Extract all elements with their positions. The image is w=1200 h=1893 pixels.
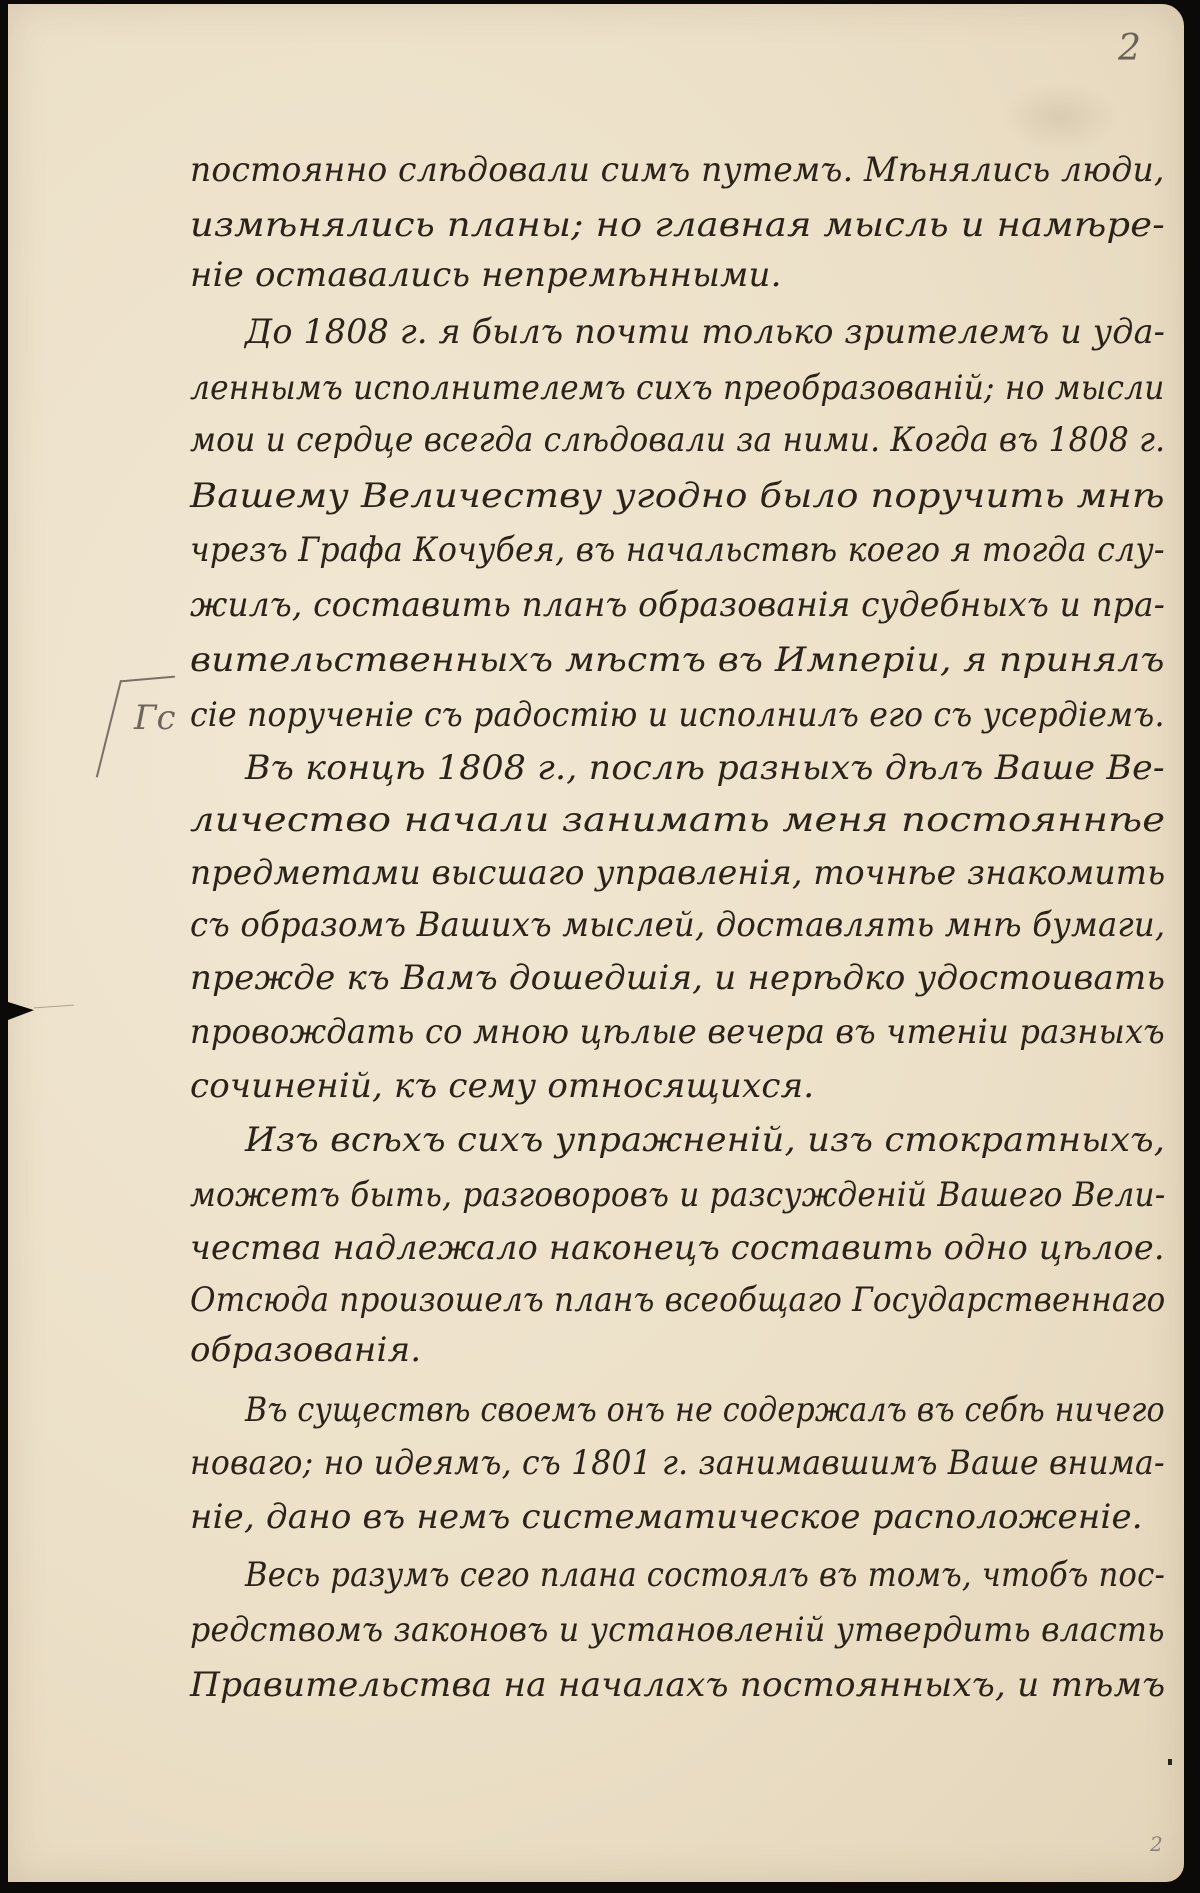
ink-speck bbox=[1168, 1759, 1172, 1765]
manuscript-line: предметами высшаго управленія, точнѣе зн… bbox=[190, 853, 1165, 893]
manuscript-line: Вашему Величеству угодно было поручить м… bbox=[190, 476, 1165, 516]
page-tear bbox=[8, 1002, 34, 1020]
manuscript-line: провождать со мною цѣлые вечера въ чтені… bbox=[190, 1012, 1165, 1052]
manuscript-line: Въ существѣ своемъ онъ не содержалъ въ с… bbox=[245, 1390, 1165, 1430]
margin-annotation: Гс bbox=[92, 670, 187, 780]
manuscript-line: съ образомъ Вашихъ мыслей, доставлять мн… bbox=[190, 905, 1165, 945]
manuscript-line: измѣнялись планы; но главная мысль и нам… bbox=[190, 205, 1165, 245]
manuscript-line: сочиненій, къ сему относящихся. bbox=[190, 1066, 814, 1106]
manuscript-line: прежде къ Вамъ дошедшія, и нерѣдко удост… bbox=[190, 958, 1165, 998]
manuscript-line: жилъ, составить планъ образованія судебн… bbox=[190, 585, 1165, 625]
bracket-mark-bar bbox=[96, 680, 122, 778]
paper-stain bbox=[1000, 82, 1120, 152]
manuscript-line: чества надлежало наконецъ составить одно… bbox=[190, 1228, 1165, 1268]
manuscript-line: Изъ всѣхъ сихъ упражненій, изъ стократны… bbox=[245, 1120, 1165, 1160]
tear-crack bbox=[34, 1005, 74, 1009]
manuscript-line: сіе порученіе съ радостію и исполнилъ ег… bbox=[190, 695, 1165, 735]
manuscript-line: личество начали занимать меня постояннѣе bbox=[190, 800, 1165, 840]
manuscript-line: Весь разумъ сего плана состоялъ въ томъ,… bbox=[245, 1555, 1165, 1595]
manuscript-line: Отсюда произошелъ планъ всеобщаго Госуда… bbox=[190, 1280, 1165, 1320]
manuscript-line: образованія. bbox=[190, 1330, 421, 1370]
manuscript-line: редствомъ законовъ и установленій утверд… bbox=[190, 1610, 1165, 1650]
manuscript-line: До 1808 г. я былъ почти только зрителемъ… bbox=[245, 312, 1165, 352]
manuscript-line: мои и сердце всегда слѣдовали за ними. К… bbox=[190, 420, 1165, 460]
page-number-top: 2 bbox=[1118, 28, 1141, 69]
manuscript-line: Въ концѣ 1808 г., послѣ разныхъ дѣлъ Ваш… bbox=[245, 748, 1165, 788]
manuscript-line: Правительства на началахъ постоянныхъ, и… bbox=[190, 1665, 1165, 1705]
manuscript-line: можетъ быть, разговоровъ и разсужденій В… bbox=[190, 1175, 1166, 1215]
margin-note-text: Гс bbox=[134, 698, 176, 738]
manuscript-line: постоянно слѣдовали симъ путемъ. Мѣнялис… bbox=[190, 150, 1165, 190]
manuscript-line: вительственныхъ мѣстъ въ Имперіи, я прин… bbox=[190, 640, 1165, 680]
manuscript-line: чрезъ Графа Кочубея, въ начальствѣ коего… bbox=[190, 530, 1165, 570]
bracket-mark-top bbox=[120, 676, 175, 683]
page-number-bottom: 2 bbox=[1150, 1832, 1163, 1856]
manuscript-line: новаго; но идеямъ, съ 1801 г. занимавшим… bbox=[190, 1443, 1165, 1483]
manuscript-line: леннымъ исполнителемъ сихъ преобразовані… bbox=[190, 368, 1165, 408]
manuscript-line: ніе оставались непремѣнными. bbox=[190, 255, 782, 295]
manuscript-line: ніе, дано въ немъ систематическое распол… bbox=[190, 1497, 1143, 1537]
